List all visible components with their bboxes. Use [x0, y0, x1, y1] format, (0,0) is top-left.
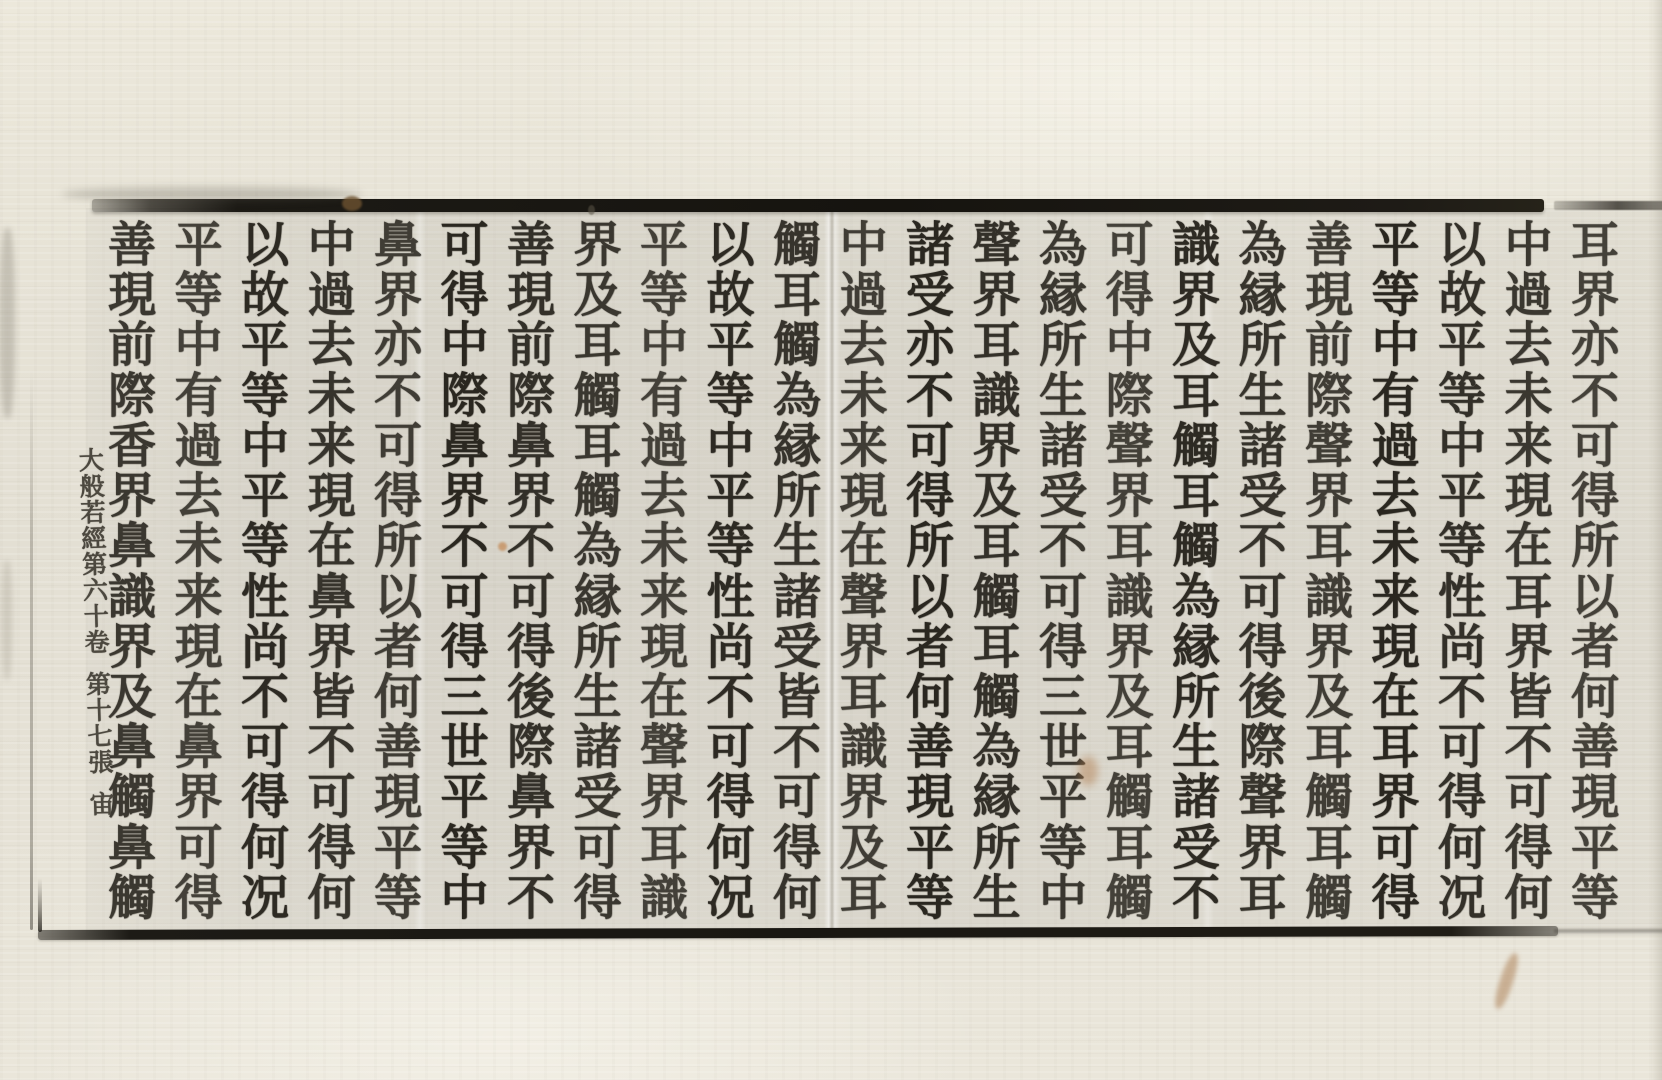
glyph: 所 — [374, 522, 422, 570]
glyph: 何 — [307, 874, 355, 922]
glyph: 不 — [906, 372, 954, 420]
glyph: 可 — [773, 773, 821, 821]
glyph: 現 — [906, 773, 954, 821]
frame-top-border — [92, 199, 1544, 212]
glyph: 聲 — [972, 221, 1020, 269]
glyph: 及 — [972, 472, 1020, 520]
glyph: 以 — [374, 573, 422, 621]
glyph: 可 — [1571, 422, 1619, 470]
glyph: 以 — [906, 573, 954, 621]
glyph: 以 — [1571, 573, 1619, 621]
glyph: 及 — [1105, 673, 1153, 721]
glyph: 第 — [82, 552, 108, 579]
glyph: 何 — [906, 673, 954, 721]
glyph: 耳 — [972, 623, 1020, 671]
glyph: 有 — [1371, 372, 1419, 420]
glyph: 現 — [1571, 773, 1619, 821]
glyph: 可 — [440, 221, 488, 269]
glyph: 生 — [1172, 723, 1220, 771]
glyph: 来 — [640, 573, 688, 621]
glyph: 可 — [1039, 573, 1087, 621]
glyph: 過 — [1504, 271, 1552, 319]
glyph: 現 — [1371, 623, 1419, 671]
glyph: 現 — [640, 623, 688, 671]
text-column-6: 為縁所生諸受不可得後際聲界耳 — [1231, 221, 1295, 922]
sheet-right-edge-shadow — [1650, 0, 1662, 1080]
glyph: 際 — [507, 372, 555, 420]
glyph: 得 — [1105, 271, 1153, 319]
glyph: 諸 — [1172, 773, 1220, 821]
glyph: 界 — [1305, 472, 1353, 520]
glyph: 等 — [241, 372, 289, 420]
glyph: 耳 — [1105, 522, 1153, 570]
glyph: 識 — [1105, 573, 1153, 621]
glyph: 性 — [241, 573, 289, 621]
glyph: 何 — [1438, 824, 1486, 872]
glyph: 前 — [108, 321, 156, 369]
glyph: 何 — [706, 824, 754, 872]
glyph: 聲 — [640, 723, 688, 771]
glyph: 耳 — [1305, 824, 1353, 872]
glyph: 善 — [374, 723, 422, 771]
glyph: 者 — [1571, 623, 1619, 671]
glyph: 等 — [374, 874, 422, 922]
glyph: 来 — [174, 573, 222, 621]
glyph: 宙 — [89, 792, 115, 819]
glyph: 在 — [640, 673, 688, 721]
glyph: 耳 — [573, 321, 621, 369]
glyph: 耳 — [1172, 372, 1220, 420]
text-column-5: 善現前際聲界耳識界及耳觸耳觸 — [1297, 221, 1361, 922]
glyph: 可 — [1238, 573, 1286, 621]
glyph: 不 — [1438, 673, 1486, 721]
glyph: 世 — [1039, 723, 1087, 771]
glyph: 生 — [1238, 372, 1286, 420]
glyph: 得 — [906, 472, 954, 520]
glyph: 觸 — [773, 321, 821, 369]
glyph: 縁 — [573, 573, 621, 621]
glyph: 現 — [307, 472, 355, 520]
glyph: 際 — [507, 723, 555, 771]
text-column-1: 耳界亦不可得所以者何善現平等 — [1563, 221, 1627, 922]
glyph: 諸 — [906, 221, 954, 269]
text-column-8: 可得中際聲界耳識界及耳觸耳觸 — [1098, 221, 1162, 922]
glyph: 所 — [1238, 321, 1286, 369]
glyph: 受 — [1238, 472, 1286, 520]
glyph: 為 — [1039, 221, 1087, 269]
glyph: 中 — [1504, 221, 1552, 269]
glyph: 及 — [839, 824, 887, 872]
glyph: 得 — [706, 773, 754, 821]
glyph: 香 — [108, 422, 156, 470]
glyph: 識 — [1305, 573, 1353, 621]
glyph: 中 — [640, 321, 688, 369]
glyph: 三 — [440, 673, 488, 721]
marker-sheet-number: 第十七張 — [86, 672, 114, 777]
glyph: 觸 — [773, 221, 821, 269]
glyph: 平 — [1438, 472, 1486, 520]
glyph: 等 — [174, 271, 222, 319]
text-column-7: 識界及耳觸耳觸為縁所生諸受不 — [1164, 221, 1228, 922]
glyph: 在 — [307, 522, 355, 570]
frame-bottom-border — [38, 926, 1558, 940]
glyph: 性 — [1438, 573, 1486, 621]
glyph: 際 — [1105, 372, 1153, 420]
glyph: 及 — [1172, 321, 1220, 369]
glyph: 諸 — [1238, 422, 1286, 470]
glyph: 不 — [773, 723, 821, 771]
text-column-11: 諸受亦不可得所以者何善現平等 — [898, 221, 962, 922]
glyph: 所 — [906, 522, 954, 570]
glyph: 得 — [307, 824, 355, 872]
glyph: 及 — [1305, 673, 1353, 721]
glyph: 界 — [839, 773, 887, 821]
glyph: 亦 — [906, 321, 954, 369]
glyph: 際 — [1305, 372, 1353, 420]
glyph: 等 — [640, 271, 688, 319]
glyph: 受 — [1172, 824, 1220, 872]
glyph: 平 — [374, 824, 422, 872]
glyph: 何 — [1504, 874, 1552, 922]
glyph: 界 — [507, 472, 555, 520]
text-column-3: 以故平等中平等性尚不可得何况 — [1430, 221, 1494, 922]
glyph: 耳 — [1504, 573, 1552, 621]
glyph: 得 — [1371, 874, 1419, 922]
text-column-10: 聲界耳識界及耳觸耳觸為縁所生 — [965, 221, 1029, 922]
glyph: 可 — [174, 824, 222, 872]
glyph: 可 — [440, 573, 488, 621]
glyph: 尚 — [706, 623, 754, 671]
glyph: 所 — [573, 623, 621, 671]
glyph: 為 — [1172, 573, 1220, 621]
glyph: 六 — [83, 578, 109, 605]
glyph: 耳 — [1105, 723, 1153, 771]
text-column-14: 以故平等中平等性尚不可得何况 — [699, 221, 763, 922]
glyph: 觸 — [1172, 522, 1220, 570]
glyph: 等 — [706, 522, 754, 570]
glyph: 平 — [1371, 221, 1419, 269]
glyph: 等 — [1438, 522, 1486, 570]
glyph: 未 — [839, 372, 887, 420]
glyph: 聲 — [839, 573, 887, 621]
glyph: 在 — [174, 673, 222, 721]
glyph: 平 — [906, 824, 954, 872]
glyph: 得 — [1504, 824, 1552, 872]
glyph: 耳 — [1238, 874, 1286, 922]
glyph: 不 — [507, 874, 555, 922]
glyph: 經 — [81, 526, 107, 553]
glyph: 故 — [1438, 271, 1486, 319]
glyph: 界 — [1238, 824, 1286, 872]
glyph: 耳 — [1105, 824, 1153, 872]
glyph: 觸 — [108, 874, 156, 922]
glyph: 去 — [1504, 321, 1552, 369]
glyph: 際 — [108, 372, 156, 420]
glyph: 界 — [1105, 623, 1153, 671]
text-column-16: 界及耳觸耳觸為縁所生諸受可得 — [566, 221, 630, 922]
glyph: 可 — [507, 573, 555, 621]
glyph: 觸 — [1305, 773, 1353, 821]
glyph: 得 — [1438, 773, 1486, 821]
glyph: 性 — [706, 573, 754, 621]
glyph: 来 — [307, 422, 355, 470]
glyph: 若 — [80, 500, 106, 527]
glyph: 有 — [174, 372, 222, 420]
glyph: 聲 — [1105, 422, 1153, 470]
glyph: 皆 — [1504, 673, 1552, 721]
glyph: 平 — [1571, 824, 1619, 872]
glyph: 鼻 — [374, 221, 422, 269]
glyph: 過 — [640, 422, 688, 470]
glyph: 十 — [86, 698, 112, 725]
glyph: 亦 — [374, 321, 422, 369]
glyph: 等 — [1438, 372, 1486, 420]
glyph: 鼻 — [307, 573, 355, 621]
glyph: 不 — [374, 372, 422, 420]
glyph: 界 — [1371, 773, 1419, 821]
glyph: 現 — [839, 472, 887, 520]
glyph: 界 — [972, 271, 1020, 319]
glyph: 界 — [1504, 623, 1552, 671]
glyph: 世 — [440, 723, 488, 771]
text-column-15: 平等中有過去未来現在聲界耳識 — [632, 221, 696, 922]
glyph: 以 — [241, 221, 289, 269]
glyph: 可 — [1371, 824, 1419, 872]
glyph: 可 — [1504, 773, 1552, 821]
glyph: 大 — [79, 448, 105, 475]
glyph: 故 — [241, 271, 289, 319]
glyph: 耳 — [1305, 522, 1353, 570]
glyph: 得 — [241, 773, 289, 821]
glyph: 耳 — [839, 874, 887, 922]
glyph: 平 — [174, 221, 222, 269]
glyph: 鼻 — [108, 824, 156, 872]
glyph: 来 — [839, 422, 887, 470]
glyph: 鼻 — [507, 773, 555, 821]
glyph: 觸 — [573, 472, 621, 520]
glyph: 界 — [1172, 271, 1220, 319]
glyph: 等 — [1039, 824, 1087, 872]
glyph: 善 — [108, 221, 156, 269]
glyph: 界 — [1305, 623, 1353, 671]
glyph: 後 — [1238, 673, 1286, 721]
text-column-19: 鼻界亦不可得所以者何善現平等 — [366, 221, 430, 922]
glyph: 可 — [374, 422, 422, 470]
glyph: 為 — [773, 372, 821, 420]
glyph: 識 — [839, 723, 887, 771]
glyph: 尚 — [1438, 623, 1486, 671]
glyph: 受 — [906, 271, 954, 319]
glyph: 未 — [307, 372, 355, 420]
glyph: 中 — [1039, 874, 1087, 922]
glyph: 過 — [307, 271, 355, 319]
glyph: 中 — [440, 874, 488, 922]
glyph: 得 — [174, 874, 222, 922]
text-column-13: 觸耳觸為縁所生諸受皆不可得何 — [765, 221, 829, 922]
glyph: 識 — [640, 874, 688, 922]
glyph: 中 — [174, 321, 222, 369]
text-column-4: 平等中有過去未来現在耳界可得 — [1364, 221, 1428, 922]
glyph: 可 — [906, 422, 954, 470]
glyph: 可 — [706, 723, 754, 771]
glyph: 張 — [88, 750, 114, 777]
glyph: 得 — [773, 824, 821, 872]
glyph: 可 — [1105, 221, 1153, 269]
glyph: 善 — [906, 723, 954, 771]
glyph: 般 — [79, 474, 105, 501]
glyph: 得 — [573, 874, 621, 922]
glyph: 生 — [972, 874, 1020, 922]
glyph: 平 — [1039, 773, 1087, 821]
glyph: 何 — [773, 874, 821, 922]
glyph: 受 — [573, 773, 621, 821]
sutra-text-block: 耳界亦不可得所以者何善現平等中過去未来現在耳界皆不可得何以故平等中平等性尚不可得… — [100, 221, 1627, 922]
glyph: 中 — [440, 321, 488, 369]
glyph: 等 — [1371, 271, 1419, 319]
glyph: 未 — [640, 522, 688, 570]
glyph: 未 — [1371, 522, 1419, 570]
glyph: 皆 — [307, 673, 355, 721]
glyph: 在 — [839, 522, 887, 570]
glyph: 縁 — [1172, 623, 1220, 671]
frame-left-edge-line — [30, 370, 33, 930]
text-column-18: 可得中際鼻界不可得三世平等中 — [433, 221, 497, 922]
glyph: 得 — [440, 623, 488, 671]
glyph: 者 — [906, 623, 954, 671]
glyph: 鼻 — [174, 723, 222, 771]
glyph: 何 — [374, 673, 422, 721]
left-edge-ghost-mark — [2, 560, 12, 680]
glyph: 况 — [706, 874, 754, 922]
glyph: 耳 — [640, 824, 688, 872]
glyph: 况 — [241, 874, 289, 922]
glyph: 聲 — [1238, 773, 1286, 821]
glyph: 善 — [1571, 723, 1619, 771]
glyph: 耳 — [773, 271, 821, 319]
glyph: 可 — [1438, 723, 1486, 771]
glyph: 耳 — [1172, 472, 1220, 520]
glyph: 中 — [1438, 422, 1486, 470]
glyph: 際 — [1238, 723, 1286, 771]
glyph: 及 — [573, 271, 621, 319]
glyph: 善 — [1305, 221, 1353, 269]
glyph: 平 — [241, 472, 289, 520]
glyph: 為 — [1238, 221, 1286, 269]
glyph: 在 — [1371, 673, 1419, 721]
glyph: 平 — [706, 321, 754, 369]
glyph: 有 — [640, 372, 688, 420]
glyph: 未 — [1504, 372, 1552, 420]
glyph: 来 — [1371, 573, 1419, 621]
glyph: 所 — [1571, 522, 1619, 570]
glyph: 得 — [1571, 472, 1619, 520]
glyph: 中 — [1105, 321, 1153, 369]
glyph: 去 — [174, 472, 222, 520]
glyph: 耳 — [573, 422, 621, 470]
glyph: 得 — [374, 472, 422, 520]
glyph: 去 — [640, 472, 688, 520]
glyph: 况 — [1438, 874, 1486, 922]
glyph: 過 — [839, 271, 887, 319]
glyph: 以 — [706, 221, 754, 269]
glyph: 不 — [1039, 522, 1087, 570]
glyph: 現 — [108, 271, 156, 319]
text-column-17: 善現前際鼻界不可得後際鼻界不 — [499, 221, 563, 922]
glyph: 界 — [1105, 472, 1153, 520]
glyph: 平 — [440, 773, 488, 821]
glyph: 界 — [440, 472, 488, 520]
glyph: 縁 — [773, 422, 821, 470]
glyph: 去 — [307, 321, 355, 369]
text-column-2: 中過去未来現在耳界皆不可得何 — [1497, 221, 1561, 922]
glyph: 所 — [1172, 673, 1220, 721]
glyph: 来 — [1504, 422, 1552, 470]
glyph: 等 — [440, 824, 488, 872]
glyph: 諸 — [1039, 422, 1087, 470]
glyph: 現 — [374, 773, 422, 821]
glyph: 亦 — [1571, 321, 1619, 369]
glyph: 中 — [241, 422, 289, 470]
glyph: 縁 — [1039, 271, 1087, 319]
glyph: 中 — [839, 221, 887, 269]
glyph: 不 — [307, 723, 355, 771]
glyph: 生 — [1039, 372, 1087, 420]
glyph: 中 — [307, 221, 355, 269]
glyph: 諸 — [573, 723, 621, 771]
glyph: 不 — [706, 673, 754, 721]
glyph: 可 — [307, 773, 355, 821]
glyph: 現 — [507, 271, 555, 319]
glyph: 前 — [1305, 321, 1353, 369]
glyph: 所 — [972, 824, 1020, 872]
glyph: 界 — [174, 773, 222, 821]
glyph: 鼻 — [507, 422, 555, 470]
glyph: 耳 — [1571, 221, 1619, 269]
glyph: 故 — [706, 271, 754, 319]
glyph: 得 — [507, 623, 555, 671]
glyph: 去 — [839, 321, 887, 369]
text-column-12: 中過去未来現在聲界耳識界及耳 — [832, 221, 896, 922]
glyph: 善 — [507, 221, 555, 269]
glyph: 七 — [87, 724, 113, 751]
glyph: 等 — [241, 522, 289, 570]
glyph: 者 — [374, 623, 422, 671]
glyph: 耳 — [972, 522, 1020, 570]
glyph: 界 — [507, 824, 555, 872]
glyph: 平 — [241, 321, 289, 369]
glyph: 為 — [573, 522, 621, 570]
glyph: 去 — [1371, 472, 1419, 520]
glyph: 受 — [773, 623, 821, 671]
glyph: 觸 — [573, 372, 621, 420]
glyph: 中 — [706, 422, 754, 470]
glyph: 在 — [1504, 522, 1552, 570]
glyph: 中 — [1371, 321, 1419, 369]
glyph: 過 — [1371, 422, 1419, 470]
glyph: 識 — [1172, 221, 1220, 269]
manuscript-sheet: 耳界亦不可得所以者何善現平等中過去未来現在耳界皆不可得何以故平等中平等性尚不可得… — [0, 0, 1662, 1080]
marker-volume-label: 大般若經第六十卷 — [79, 448, 111, 657]
glyph: 現 — [174, 623, 222, 671]
glyph: 界 — [839, 623, 887, 671]
glyph: 平 — [706, 472, 754, 520]
glyph: 可 — [573, 824, 621, 872]
glyph: 諸 — [773, 573, 821, 621]
glyph: 所 — [1039, 321, 1087, 369]
glyph: 界 — [374, 271, 422, 319]
marker-case-character: 宙 — [89, 792, 115, 819]
glyph: 際 — [440, 372, 488, 420]
